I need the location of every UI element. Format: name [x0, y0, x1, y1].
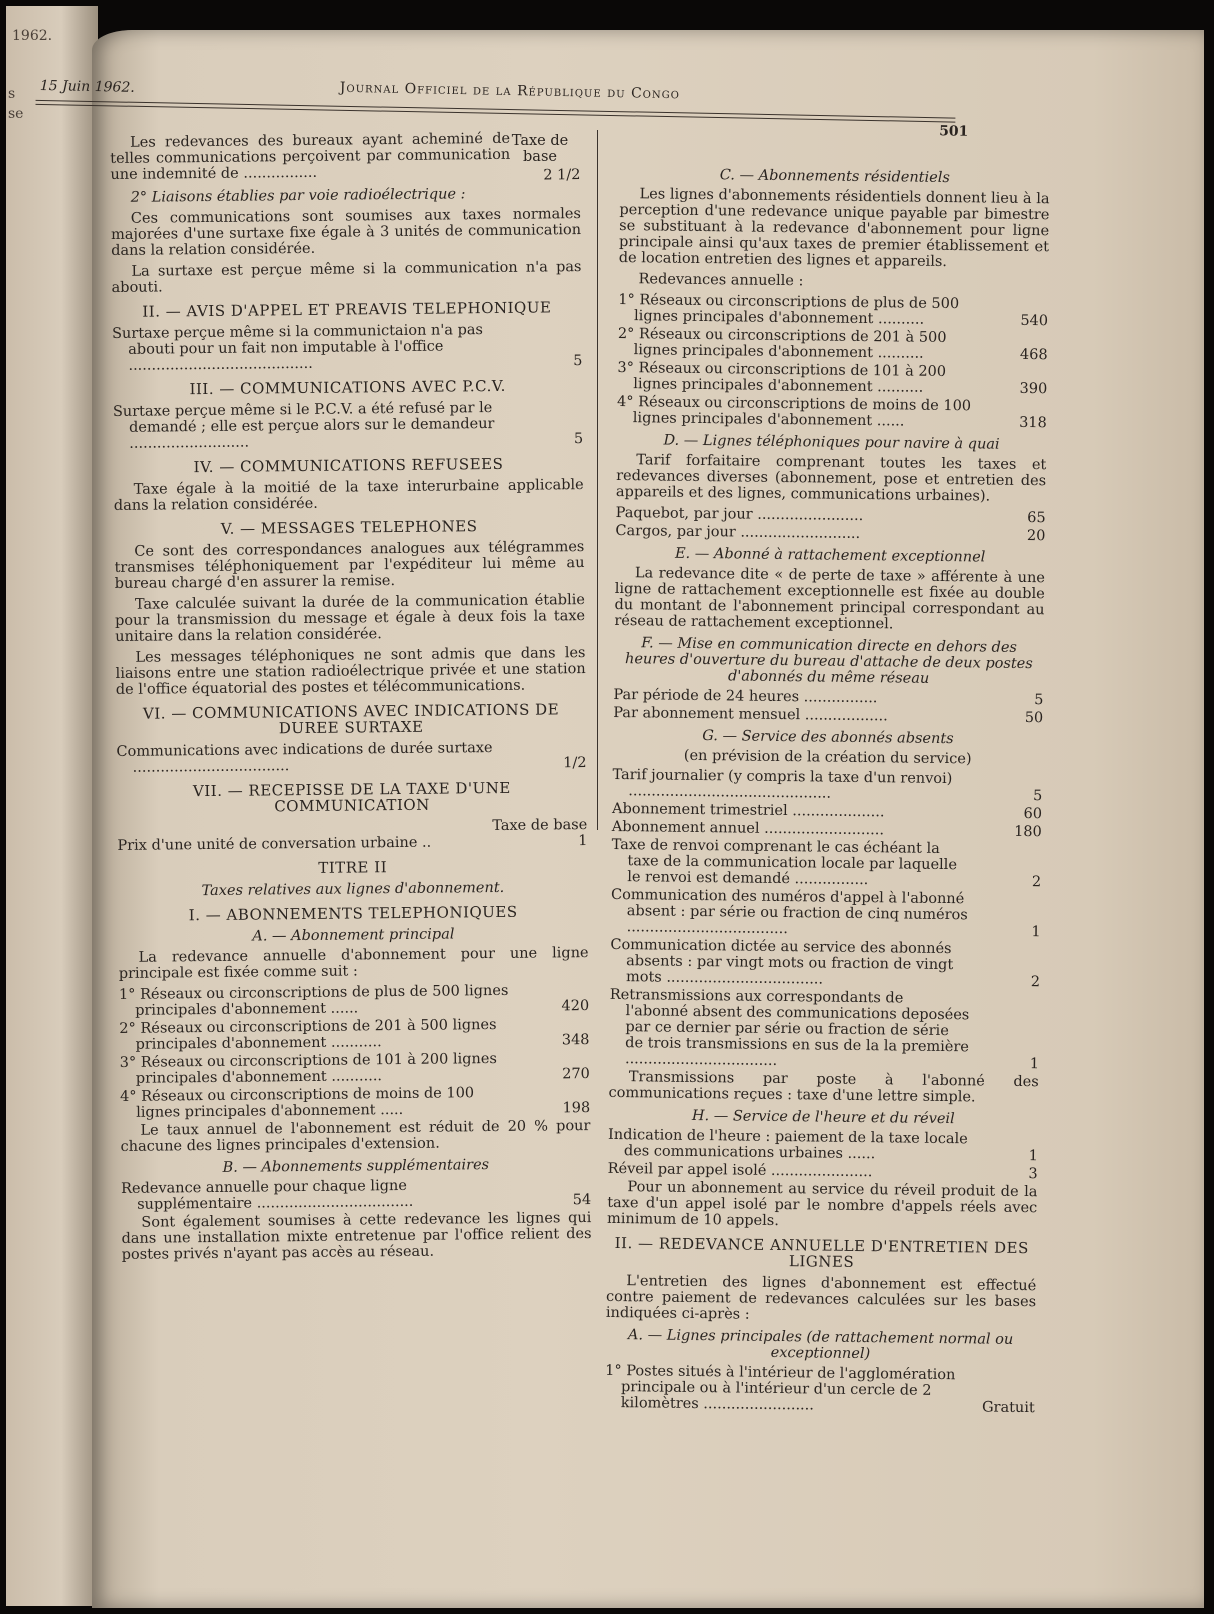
subheading-radio: 2° Liaisons établies par voie radioélect… [111, 185, 581, 206]
paragraph: Redevances annuelle : [618, 271, 1048, 292]
list-item: Communication dictée au service des abon… [610, 937, 1041, 990]
list-item: Par abonnement mensuel .................… [613, 705, 1043, 726]
right-column: C. — Abonnements résidentiels Les lignes… [605, 160, 1050, 1418]
list-item: Tarif journalier (y compris la taxe d'un… [612, 767, 1042, 804]
list-item: Surtaxe perçue même si le P.C.V. a été r… [113, 399, 583, 452]
section-heading: II. — AVIS D'APPEL ET PREAVIS TELEPHONIQ… [112, 299, 582, 320]
column-header-taxe: Taxe de base [500, 133, 580, 165]
list-item: Surtaxe perçue même si la communictaion … [112, 321, 582, 374]
previous-page-edge: 1962. s se [6, 6, 98, 1606]
paragraph: Les messages téléphoniques ne sont admis… [115, 645, 585, 698]
list-item: Communication des numéros d'appel à l'ab… [611, 887, 1042, 940]
list-item: 1° Postes situés à l'intérieur de l'aggl… [605, 1363, 1036, 1416]
paragraph: Ce sont des correspondances analogues au… [114, 539, 584, 592]
paragraph: Sont également soumises à cette redevanc… [121, 1210, 591, 1263]
section-heading: VI. — COMMUNICATIONS AVEC INDICATIONS DE… [116, 701, 586, 738]
subsection-heading: E. — Abonné à rattachement exceptionnel [615, 545, 1045, 566]
subsection-heading: C. — Abonnements résidentiels [620, 166, 1050, 187]
subsection-heading: A. — Abonnement principal [118, 925, 588, 946]
header-rule [35, 100, 955, 123]
section-heading: I. — ABONNEMENTS TELEPHONIQUES [118, 903, 588, 924]
list-item: Taxe de renvoi comprenant le cas échéant… [611, 837, 1042, 890]
titre-heading: TITRE II [118, 857, 588, 878]
list-item: 1° Réseaux ou circonscriptions de plus d… [119, 982, 589, 1019]
paragraph: Tarif forfaitaire comprenant toutes les … [616, 452, 1047, 505]
paragraph: Taxe calculée suivant la durée de la com… [115, 592, 585, 645]
paragraph: Taxe égale à la moitié de la taxe interu… [114, 477, 584, 514]
paragraph: Transmissions par poste à l'abonné des c… [609, 1069, 1039, 1106]
subsection-note: (en prévision de la création du service) [613, 747, 1043, 768]
list-item: Redevance annuelle pour chaque ligne sup… [121, 1176, 591, 1213]
subsection-heading: H. — Service de l'heure et du réveil [608, 1107, 1038, 1128]
list-item: 2° Réseaux ou circonscriptions de 201 à … [618, 326, 1048, 363]
prev-page-fragment: s [8, 86, 15, 102]
section-heading: III. — COMMUNICATIONS AVEC P.C.V. [113, 377, 583, 398]
section-heading: VII. — RECEPISSE DE LA TAXE D'UNE COMMUN… [117, 779, 587, 816]
list-item: 3° Réseaux ou circonscriptions de 101 à … [120, 1050, 590, 1087]
section-heading: IV. — COMMUNICATIONS REFUSEES [113, 455, 583, 476]
left-column: Les redevances des bureaux ayant achemin… [110, 130, 592, 1268]
paragraph: La surtaxe est perçue même si la communi… [111, 259, 581, 296]
subsection-heading: D. — Lignes téléphoniques pour navire à … [616, 432, 1046, 453]
subsection-heading: F. — Mise en communication directe en de… [614, 635, 1045, 688]
list-item: 3° Réseaux ou circonscriptions de 101 à … [617, 360, 1047, 397]
list-item: 4° Réseaux ou circonscriptions de moins … [617, 394, 1047, 431]
page-number: 501 [939, 123, 969, 140]
paragraph: Pour un abonnement au service du réveil … [607, 1179, 1038, 1232]
list-item: Communications avec indications de durée… [116, 739, 586, 776]
paragraph: Les lignes d'abonnements résidentiels do… [619, 186, 1050, 271]
prev-page-year: 1962. [12, 28, 52, 44]
list-item: Indication de l'heure : paiement de la t… [608, 1127, 1038, 1164]
paragraph: Le taux annuel de l'abonnement est rédui… [120, 1118, 590, 1155]
list-item: 1° Réseaux ou circonscriptions de plus d… [618, 292, 1048, 329]
list-item: Cargos, par jour .......................… [615, 523, 1045, 544]
prev-page-fragment: se [8, 106, 23, 122]
list-item: Retransmissions aux correspondants de l'… [609, 987, 1040, 1072]
header-date: 15 Juin 1962. [40, 78, 135, 96]
paragraph: L'entretien des lignes d'abonnement est … [606, 1273, 1037, 1326]
subsection-heading: G. — Service des abonnés absents [613, 727, 1043, 748]
subsection-heading: B. — Abonnements supplémentaires [121, 1156, 591, 1177]
list-item: 2° Réseaux ou circonscriptions de 201 à … [119, 1016, 589, 1053]
paragraph: Ces communications sont soumises aux tax… [111, 206, 581, 259]
titre-subheading: Taxes relatives aux lignes d'abonnement. [118, 879, 588, 900]
paragraph: La redevance dite « de perte de taxe » a… [614, 565, 1045, 634]
section-heading: II. — REDEVANCE ANNUELLE D'ENTRETIEN DES… [606, 1235, 1036, 1272]
subsection-heading: A. — Lignes principales (de rattachement… [605, 1327, 1035, 1364]
column-divider [597, 130, 598, 830]
section-heading: V. — MESSAGES TELEPHONES [114, 517, 584, 538]
paragraph: La redevance annuelle d'abonnement pour … [119, 945, 589, 982]
list-item: 4° Réseaux ou circonscriptions de moins … [120, 1084, 590, 1121]
